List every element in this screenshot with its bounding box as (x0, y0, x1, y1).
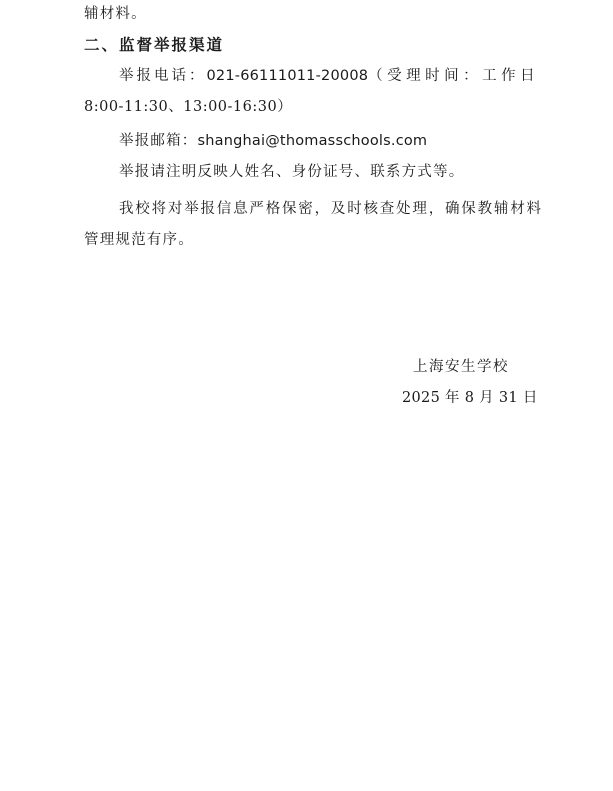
phone-hours-line: 8:00-11:30、13:00-16:30） (84, 98, 292, 116)
phone-line: 举报电话：021-66111011-20008（受理时间：工作日 (119, 67, 539, 85)
continuation-text: 辅材料。 (84, 5, 147, 23)
section-heading: 二、监督举报渠道 (84, 36, 224, 54)
phone-hours: （受理时间：工作日 (368, 68, 539, 84)
confidentiality-line-1: 我校将对举报信息严格保密，及时核查处理，确保教辅材料 (119, 200, 543, 218)
email-label: 举报邮箱： (119, 133, 198, 149)
email-line: 举报邮箱：shanghai@thomasschools.com (119, 132, 427, 150)
note-text: 举报请注明反映人姓名、身份证号、联系方式等。 (119, 163, 464, 181)
signature-organization: 上海安生学校 (413, 358, 509, 376)
email-address[interactable]: shanghai@thomasschools.com (198, 133, 428, 149)
phone-number: 021-66111011-20008 (207, 68, 369, 84)
confidentiality-line-2: 管理规范有序。 (84, 231, 194, 249)
phone-label: 举报电话： (119, 68, 207, 84)
signature-date: 2025 年 8 月 31 日 (402, 389, 538, 407)
